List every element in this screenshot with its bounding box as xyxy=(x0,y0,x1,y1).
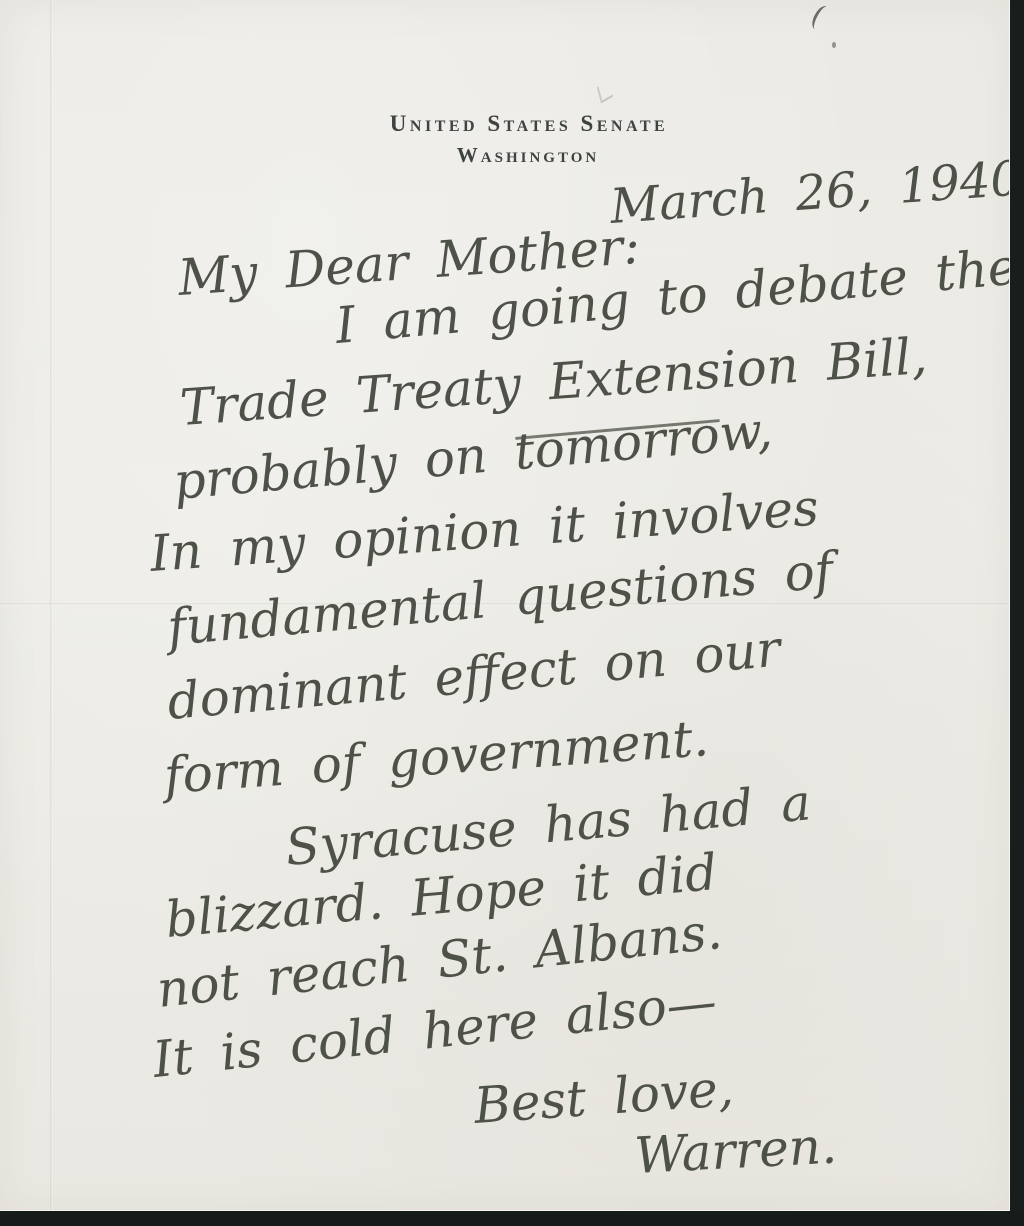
scan-edge-bottom xyxy=(0,1211,1024,1226)
letter-date: March 26, 1940. xyxy=(608,152,1024,232)
stray-ink-dot xyxy=(832,42,836,48)
stray-ink-mark xyxy=(809,3,834,33)
letterhead-senate-line: United States Senate xyxy=(390,111,668,137)
paper-smudge xyxy=(597,81,613,104)
letter-closing: Best love, xyxy=(472,1062,735,1132)
letter-paper: United States Senate Washington March 26… xyxy=(0,0,1010,1211)
letter-signature: Warren. xyxy=(633,1119,838,1182)
letter-scan: United States Senate Washington March 26… xyxy=(0,0,1024,1226)
letterhead-washington-line: Washington xyxy=(457,143,599,168)
scan-edge-right xyxy=(1010,0,1024,1226)
